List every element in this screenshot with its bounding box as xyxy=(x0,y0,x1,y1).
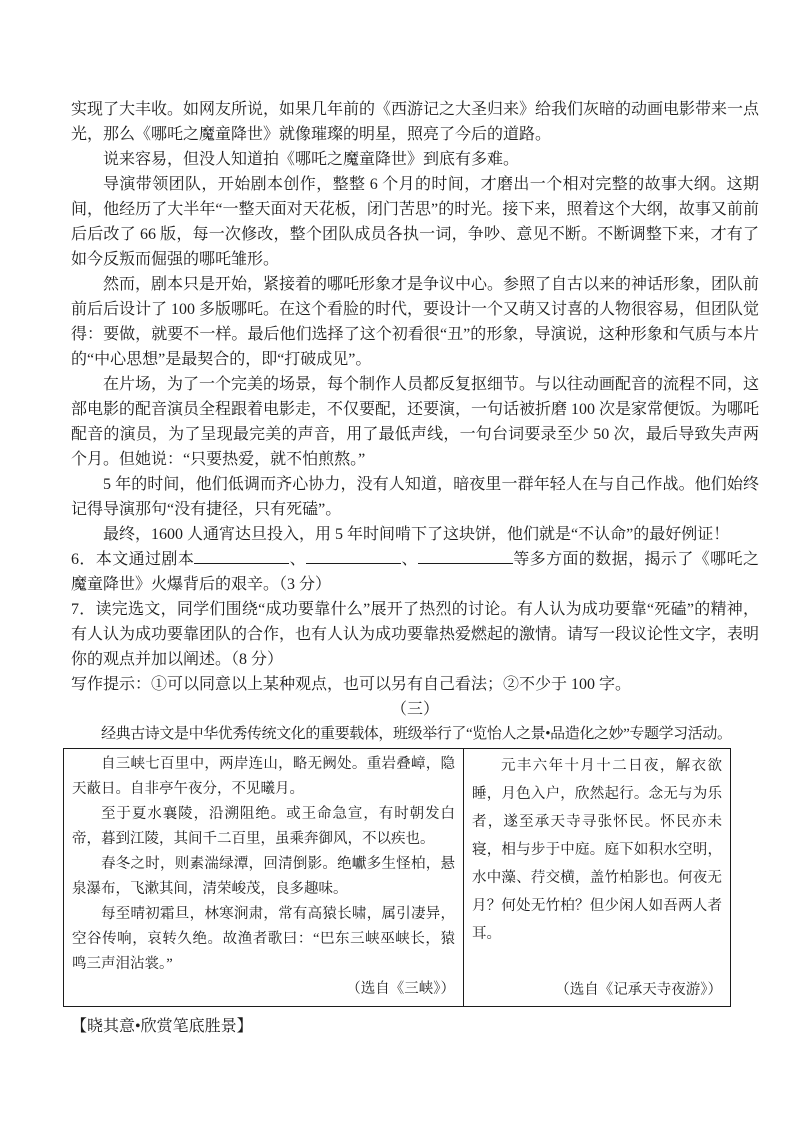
body-paragraph: 然而，剧本只是开始，紧接着的哪吒形象才是争议中心。参照了自古以来的神话形象，团队… xyxy=(71,272,759,372)
classical-paragraph: 每至晴初霜旦，林寒涧肃，常有高猿长啸，属引凄异，空谷传响，哀转久绝。故渔者歌曰：… xyxy=(72,902,455,977)
writing-tip: 写作提示：①可以同意以上某种观点，也可以另有自己看法；②不少于 100 字。 xyxy=(71,672,759,697)
classical-texts-table: 自三峡七百里中，两岸连山，略无阙处。重岩叠嶂，隐天蔽日。自非亭午夜分，不见曦月。… xyxy=(63,748,731,1007)
question-7: 7．读完选文，同学们围绕“成功要靠什么”展开了热烈的讨论。有人认为成功要靠“死磕… xyxy=(71,597,759,672)
source-attribution-chengtiansi: （选自《记承天寺夜游》） xyxy=(472,976,722,1004)
answer-blank-1 xyxy=(194,548,289,564)
answer-blank-2 xyxy=(306,548,401,564)
classical-paragraph: 元丰六年十月十二日夜，解衣欲睡，月色入户，欣然起行。念无与为乐者，遂至承天寺寻张… xyxy=(472,752,722,948)
classical-paragraph: 至于夏水襄陵，沿溯阻绝。或王命急宣，有时朝发白帝，暮到江陵，其间千二百里，虽乘奔… xyxy=(72,802,455,852)
blank-separator: 、 xyxy=(401,551,418,568)
source-attribution-sanxia: （选自《三峡》） xyxy=(72,977,455,1002)
chengtiansi-text-cell: 元丰六年十月十二日夜，解衣欲睡，月色入户，欣然起行。念无与为乐者，遂至承天寺寻张… xyxy=(464,749,730,1006)
question-6-prefix: 6．本文通过剧本 xyxy=(71,551,194,568)
body-paragraph: 说来容易，但没人知道拍《哪吒之魔童降世》到底有多难。 xyxy=(71,147,759,172)
body-paragraph: 5 年的时间，他们低调而齐心协力，没有人知道，暗夜里一群年轻人在与自己作战。他们… xyxy=(71,472,759,522)
blank-separator: 、 xyxy=(289,551,306,568)
body-paragraph: 导演带领团队，开始剧本创作，整整 6 个月的时间，才磨出一个相对完整的故事大纲。… xyxy=(71,172,759,272)
activity-section-label: 【晓其意•欣赏笔底胜景】 xyxy=(71,1014,759,1039)
sanxia-text-cell: 自三峡七百里中，两岸连山，略无阙处。重岩叠嶂，隐天蔽日。自非亭午夜分，不见曦月。… xyxy=(64,749,464,1006)
question-6: 6．本文通过剧本、、等多方面的数据，揭示了《哪吒之魔童降世》火爆背后的艰辛。（3… xyxy=(71,547,759,597)
classical-paragraph: 春冬之时，则素湍绿潭，回清倒影。绝巘多生怪柏，悬泉瀑布，飞漱其间，清荣峻茂，良多… xyxy=(72,852,455,902)
body-paragraph: 在片场，为了一个完美的场景，每个制作人员都反复抠细节。与以往动画配音的流程不同，… xyxy=(71,372,759,472)
document-page: 实现了大丰收。如网友所说，如果几年前的《西游记之大圣归来》给我们灰暗的动画电影带… xyxy=(0,0,793,1122)
page-content: 实现了大丰收。如网友所说，如果几年前的《西游记之大圣归来》给我们灰暗的动画电影带… xyxy=(71,97,759,1039)
answer-blank-3 xyxy=(418,548,513,564)
section-intro: 经典古诗文是中华优秀传统文化的重要载体，班级举行了“览怡人之景•品造化之妙”专题… xyxy=(71,722,759,747)
body-paragraph: 实现了大丰收。如网友所说，如果几年前的《西游记之大圣归来》给我们灰暗的动画电影带… xyxy=(71,97,759,147)
section-heading: （三） xyxy=(71,697,759,722)
classical-paragraph: 自三峡七百里中，两岸连山，略无阙处。重岩叠嶂，隐天蔽日。自非亭午夜分，不见曦月。 xyxy=(72,752,455,802)
body-paragraph: 最终，1600 人通宵达旦投入，用 5 年时间啃下了这块饼，他们就是“不认命”的… xyxy=(71,522,759,547)
